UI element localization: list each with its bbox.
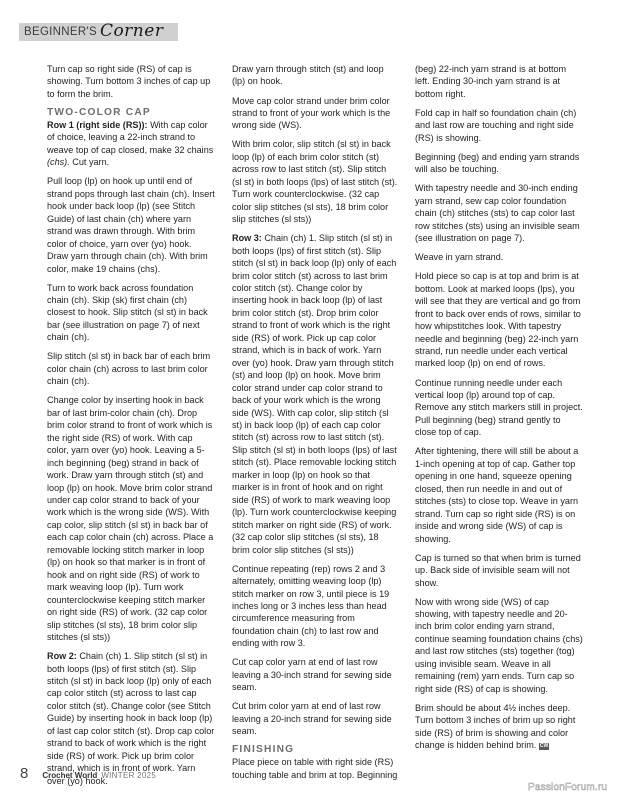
row1-abbr: (chs). [47,157,70,167]
paragraph-now-wrong-side: Now with wrong side (WS) of cap showing,… [415,596,583,696]
paragraph-with-brim: With brim color, slip stitch (sl st) in … [232,138,398,225]
paragraph-turn-back: Turn to work back across foundation chai… [47,282,215,344]
page-number: 8 [20,765,28,782]
heading-finishing: FINISHING [232,744,398,756]
watermark: PassionForum.ru [528,782,607,793]
heading-two-color-cap: TWO-COLOR CAP [47,107,215,119]
magazine-name: Crochet World [42,771,97,780]
paragraph-fold-cap: Fold cap in half so foundation chain (ch… [415,107,583,144]
page-footer: 8 Crochet World WINTER 2025 [20,765,156,782]
column-1: Turn cap so right side (RS) of cap is sh… [47,63,215,794]
paragraph-slip-stitch: Slip stitch (sl st) in back bar of each … [47,350,215,387]
section-header-banner: BEGINNER'S Corner [19,23,178,41]
issue-label: WINTER 2025 [101,771,156,780]
paragraph-hold-piece: Hold piece so cap is at top and brim is … [415,270,583,370]
paragraph-row1: Row 1 (right side (RS)): With cap color … [47,119,215,169]
row1-end: Cut yarn. [70,157,109,167]
column-2: Draw yarn through stitch (st) and loop (… [232,63,398,788]
column-3: (beg) 22-inch yarn strand is at bottom l… [415,63,583,758]
paragraph-turn-cap: Turn cap so right side (RS) of cap is sh… [47,63,215,100]
row3-label: Row 3: [232,233,262,243]
series-label: BEGINNER'S [19,26,97,38]
paragraph-after-tightening: After tightening, there will still be ab… [415,445,583,545]
row1-label: Row 1 (right side (RS)): [47,120,148,130]
row3-text: Chain (ch) 1. Slip stitch (sl st) in bot… [232,233,397,554]
paragraph-beginning-strands: Beginning (beg) and ending yarn strands … [415,151,583,176]
paragraph-move-strand: Move cap color strand under brim color s… [232,95,398,132]
end-of-article-badge: CW [539,743,549,750]
paragraph-cap-turned: Cap is turned so that when brim is turne… [415,552,583,589]
row2-label: Row 2: [47,651,77,661]
paragraph-weave-in: Weave in yarn strand. [415,251,583,263]
paragraph-cut-brim: Cut brim color yarn at end of last row l… [232,700,398,737]
paragraph-place-piece: Place piece on table with right side (RS… [232,756,398,781]
paragraph-cut-cap: Cut cap color yarn at end of last row le… [232,656,398,693]
paragraph-continue-running: Continue running needle under each verti… [415,377,583,439]
paragraph-tapestry-needle: With tapestry needle and 30-inch ending … [415,182,583,244]
paragraph-change-color: Change color by inserting hook in back b… [47,394,215,643]
series-script-title: Corner [100,21,164,41]
paragraph-draw-yarn: Draw yarn through stitch (st) and loop (… [232,63,398,88]
paragraph-brim-depth: Brim should be about 4½ inches deep. Tur… [415,702,583,752]
paragraph-row3: Row 3: Chain (ch) 1. Slip stitch (sl st)… [232,232,398,556]
paragraph-pull-loop: Pull loop (lp) on hook up until end of s… [47,175,215,275]
brim-depth-text: Brim should be about 4½ inches deep. Tur… [415,703,575,750]
paragraph-beg-strand: (beg) 22-inch yarn strand is at bottom l… [415,63,583,100]
paragraph-continue-repeating: Continue repeating (rep) rows 2 and 3 al… [232,563,398,650]
